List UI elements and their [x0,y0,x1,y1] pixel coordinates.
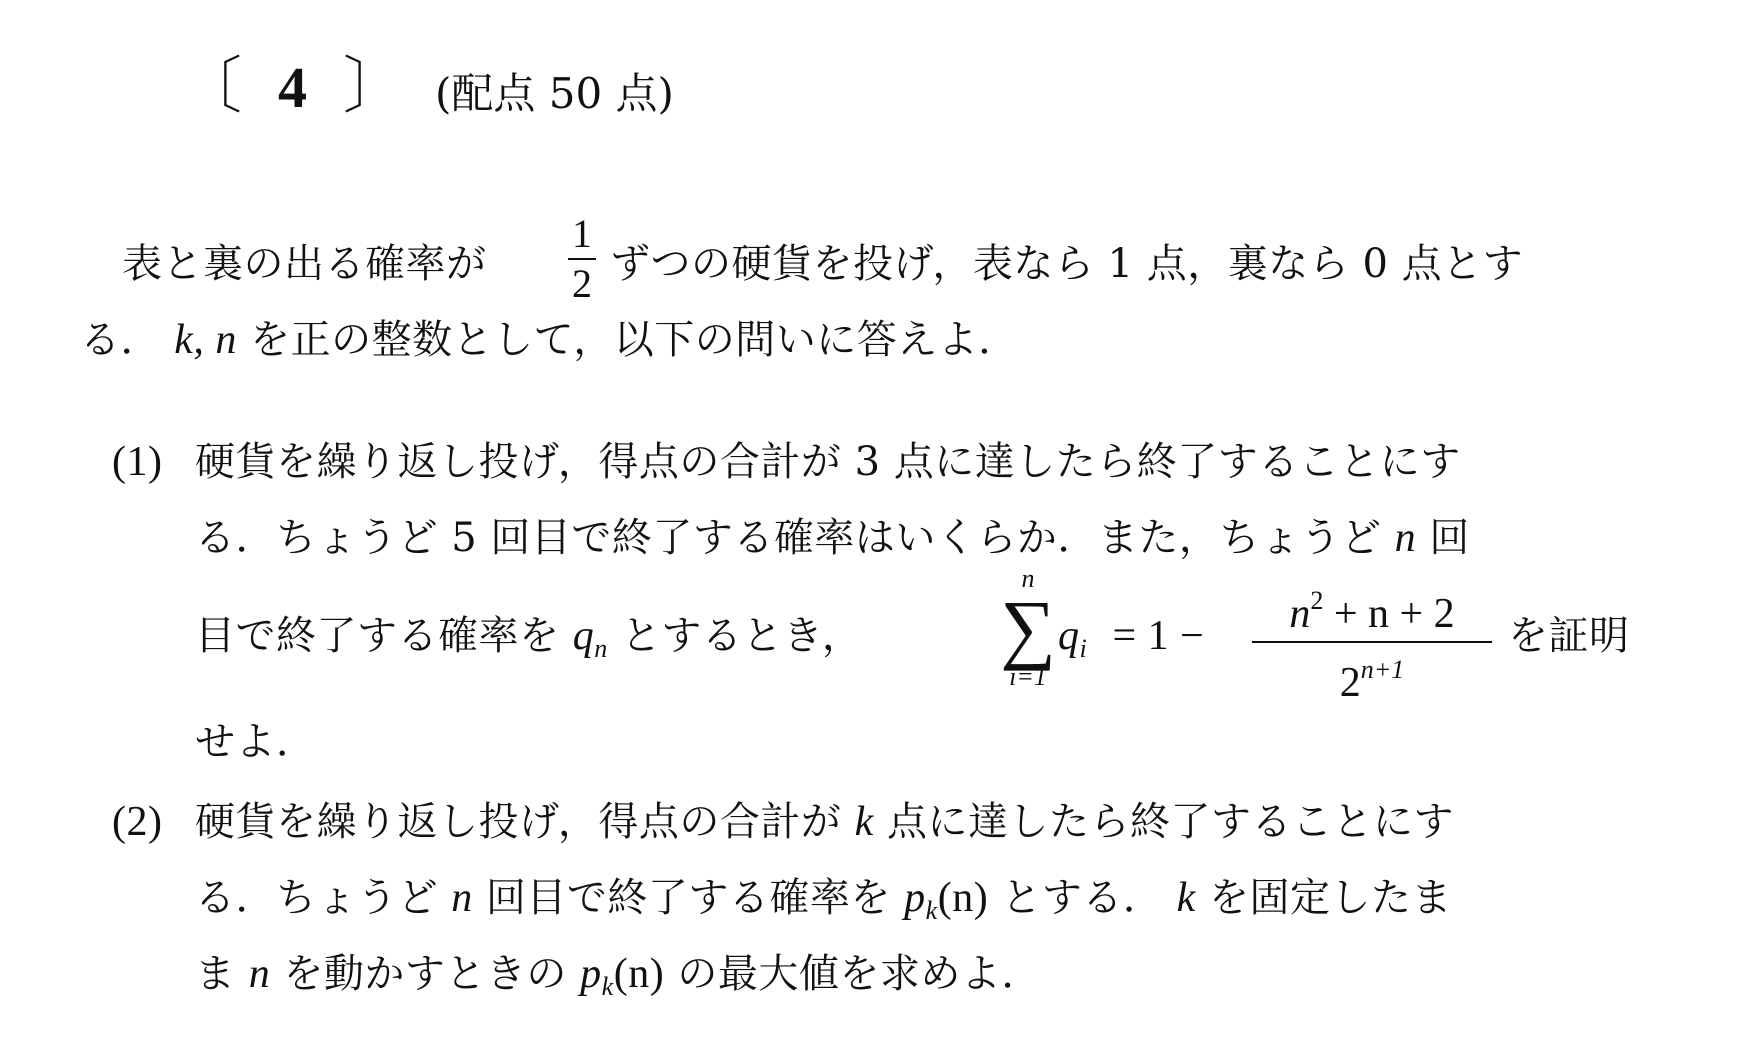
math-p-argument: (n) [938,875,988,921]
part2-text-2a: る．ちょうど [195,875,438,921]
part1-text-3c: を証明 [1508,613,1630,659]
math-plus-n-plus-2: + n + 2 [1334,591,1455,637]
part1-line-3-end: を証明 [1508,610,1630,662]
part2-line-1: (2) [112,796,162,848]
math-k-n: k, n [174,317,237,363]
math-p-subscript: k [926,896,938,925]
bracket-open: 〔 [180,52,242,122]
equals-one-minus: = 1 − [1112,613,1204,659]
part1-text-2b: 回 [1429,515,1470,561]
math-n: n [249,951,271,997]
math-p-subscript: k [602,972,614,1001]
points-allocation: (配点 50 点) [435,61,674,121]
intro-line2-prefix: る． [80,317,161,363]
part1-line-1-text: 硬貨を繰り返し投げ，得点の合計が 3 点に達したら終了することにす [195,436,1461,488]
part2-text-3b: を動かすときの [283,951,567,997]
intro-text-before-fraction: 表と裏の出る確率が [122,241,487,287]
intro-line-1: 表と裏の出る確率が [122,238,487,290]
question-number: 4 [278,54,307,121]
part1-text-3a: 目で終了する確率を [195,613,560,659]
part2-text-2d: を固定したま [1209,875,1452,921]
bracket-close: 〕 [343,52,405,122]
main-fraction-bar [1252,641,1492,643]
math-q-i: q [1058,613,1080,659]
part2-line-2: る．ちょうど n 回目で終了する確率を pk(n) とする． k を固定したま [195,872,1452,937]
part2-line-3: ま n を動かすときの pk(n) の最大値を求めよ． [195,948,1042,1013]
main-fraction-numerator: n2 + n + 2 [1252,578,1492,637]
math-exponent-2: 2 [1310,586,1323,615]
part2-text-1b: 点に達したら終了することにす [887,799,1454,845]
part1-text-3b: とするとき， [621,613,862,659]
part1-line-1: (1) [112,436,162,488]
math-two-base: 2 [1340,660,1361,706]
part2-text-3c: の最大値を求めよ． [677,951,1042,997]
exam-page: 〔 4 〕 (配点 50 点) 表と裏の出る確率が 1 2 ずつの硬貨を投げ，表… [0,0,1755,1051]
part1-line-3: 目で終了する確率を qn とするとき， [195,610,862,675]
math-p-argument: (n) [614,951,664,997]
part2-line-1-text: 硬貨を繰り返し投げ，得点の合計が k 点に達したら終了することにす [195,796,1454,848]
math-n: n [1395,515,1417,561]
math-q-subscript: n [594,634,608,663]
part1-label: (1) [112,439,162,485]
part1-text-2a: る．ちょうど 5 回目で終了する確率はいくらか．また，ちょうど [195,515,1381,561]
part2-text-2b: 回目で終了する確率を [486,875,891,921]
fraction-one-half: 1 2 [558,212,606,306]
part1-text-4: せよ． [195,719,317,765]
math-p: p [580,951,602,997]
fraction-denominator: 2 [568,262,596,306]
math-q: q [573,613,595,659]
part2-text-3a: ま [195,951,236,997]
part2-label: (2) [112,799,162,845]
part1-line-2: る．ちょうど 5 回目で終了する確率はいくらか．また，ちょうど n 回 [195,512,1470,564]
summation-body: qi = 1 − [1058,610,1204,675]
math-exponent-n-plus-1: n+1 [1361,655,1405,684]
math-q-i-subscript: i [1080,634,1088,663]
question-header: 〔 4 〕 (配点 50 点) [180,52,674,122]
part2-text-2c: とする． [1001,875,1163,921]
math-k: k [1177,875,1196,921]
intro-line2-suffix: を正の整数として，以下の問いに答えよ． [250,317,1019,363]
math-n: n [451,875,473,921]
main-fraction: n2 + n + 2 2n+1 [1252,578,1492,706]
math-k: k [855,799,874,845]
intro-text-after-fraction: ずつの硬貨を投げ，表なら 1 点，裏なら 0 点とす [610,241,1523,287]
fraction-numerator: 1 [568,212,596,256]
intro-line-1-cont: ずつの硬貨を投げ，表なら 1 点，裏なら 0 点とす [610,238,1523,290]
intro-line-2: る． k, n を正の整数として，以下の問いに答えよ． [80,314,1019,366]
fraction-bar [568,258,596,260]
part1-text-1: 硬貨を繰り返し投げ，得点の合計が 3 点に達したら終了することにす [195,439,1461,485]
math-n-squared-base: n [1289,591,1310,637]
part2-text-1a: 硬貨を繰り返し投げ，得点の合計が [195,799,841,845]
main-fraction-denominator: 2n+1 [1252,647,1492,706]
math-p: p [904,875,926,921]
part1-line-4: せよ． [195,716,317,768]
